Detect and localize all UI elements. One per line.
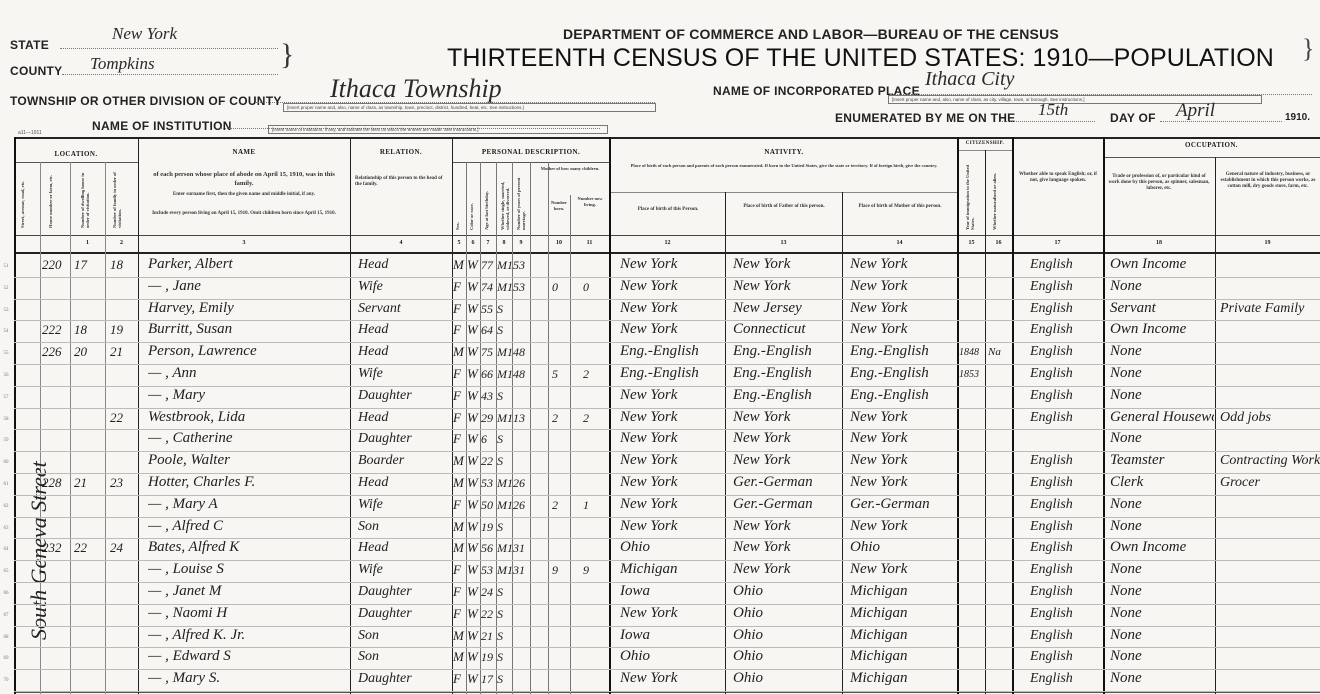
relation: Wife (358, 562, 450, 578)
institution-note: [Insert name of institution, if any, and… (268, 125, 608, 134)
naturalization: Na (988, 346, 1010, 358)
line-number: 58 (0, 417, 12, 422)
birthplace-father: Connecticut (733, 321, 841, 338)
birthplace-mother: New York (850, 256, 956, 273)
table-row[interactable]: 66 — , Janet M Daughter F W 24 S Iowa Oh… (0, 583, 1320, 605)
birthplace-mother: New York (850, 561, 956, 578)
birthplace-person: New York (620, 409, 724, 426)
marital-status: S (497, 302, 512, 317)
color-race: W (467, 540, 480, 556)
age: 22 (481, 454, 496, 469)
col-num-19: 19 (1215, 240, 1320, 246)
birthplace-mother: Michigan (850, 605, 956, 622)
age: 75 (481, 345, 496, 360)
enumerated-label: ENUMERATED BY ME ON THE (835, 111, 1015, 125)
relation-desc: Relationship of this person to the head … (355, 176, 447, 188)
enumerated-day-line (1000, 121, 1095, 122)
col-num-1: 1 (70, 240, 105, 246)
citizenship-header: CITIZENSHIP. (958, 141, 1012, 146)
color-race: W (467, 584, 480, 600)
person-name: Bates, Alfred K (148, 539, 348, 556)
birthplace-person: New York (620, 496, 724, 513)
language: English (1030, 562, 1102, 578)
person-name: — , Mary S. (148, 670, 348, 687)
col-num-12: 12 (610, 240, 725, 246)
trade: Teamster (1110, 452, 1214, 469)
language: English (1030, 628, 1102, 644)
sex: M (453, 519, 466, 535)
table-row[interactable]: 55 226 20 21 Person, Lawrence Head M W 7… (0, 343, 1320, 365)
age: 66 (481, 367, 496, 382)
table-row[interactable]: 65 — , Louise S Wife F W 53 M1 31 9 9 Mi… (0, 561, 1320, 583)
line-number: 53 (0, 308, 12, 313)
language-header: Whether able to speak English; or, if no… (1016, 172, 1100, 184)
birthplace-father: Ohio (733, 627, 841, 644)
line-number: 66 (0, 591, 12, 596)
person-name: — , Naomi H (148, 605, 348, 622)
trade: None (1110, 278, 1214, 295)
table-row[interactable]: 63 — , Alfred C Son M W 19 S New York Ne… (0, 518, 1320, 540)
birthplace-person: New York (620, 321, 724, 338)
children-born: 2 (552, 411, 568, 426)
color-race: W (467, 497, 480, 513)
person-name: — , Catherine (148, 430, 348, 447)
birthplace-mother: New York (850, 452, 956, 469)
relation: Head (358, 410, 450, 426)
children-living: 0 (583, 280, 603, 295)
department-heading: DEPARTMENT OF COMMERCE AND LABOR—BUREAU … (563, 26, 1059, 42)
trade: None (1110, 496, 1214, 513)
relation: Son (358, 649, 450, 665)
birthplace-person: New York (620, 430, 724, 447)
language: English (1030, 279, 1102, 295)
birthplace-person: New York (620, 670, 724, 687)
relation: Wife (358, 366, 450, 382)
sex: M (453, 453, 466, 469)
trade: None (1110, 518, 1214, 535)
trade: None (1110, 430, 1214, 447)
col-num-13: 13 (725, 240, 842, 246)
birthplace-person: Eng.-English (620, 365, 724, 382)
name-desc-3: Include every person living on April 15,… (145, 211, 343, 217)
person-name: Person, Lawrence (148, 343, 348, 360)
relation: Wife (358, 279, 450, 295)
trade: Clerk (1110, 474, 1214, 491)
table-row[interactable]: 62 — , Mary A Wife F W 50 M1 26 2 1 New … (0, 496, 1320, 518)
color-race: W (467, 344, 480, 360)
immigration-year-header: Year of immigration to the United States… (965, 160, 975, 230)
sex-header: Sex. (455, 200, 460, 230)
age: 19 (481, 650, 496, 665)
color-race: W (467, 671, 480, 687)
age: 17 (481, 672, 496, 687)
location-family-header: Number of family in order of visitation. (112, 168, 122, 228)
table-row[interactable]: 67 — , Naomi H Daughter F W 22 S New Yor… (0, 605, 1320, 627)
color-race: W (467, 322, 480, 338)
house-number: 226 (42, 344, 72, 360)
marital-status: S (497, 520, 512, 535)
house-number: 220 (42, 257, 72, 273)
relation: Head (358, 475, 450, 491)
trade: None (1110, 627, 1214, 644)
mother-children-header: Mother of how many children. (531, 166, 609, 172)
children-born: 2 (552, 498, 568, 513)
table-row[interactable]: 51 220 17 18 Parker, Albert Head M W 77 … (0, 256, 1320, 278)
birthplace-father: Eng.-English (733, 387, 841, 404)
trade: Own Income (1110, 256, 1214, 273)
industry-header: General nature of industry, business, or… (1218, 172, 1318, 190)
marital-status: M1 (497, 476, 512, 491)
color-race: W (467, 606, 480, 622)
language: English (1030, 388, 1102, 404)
birthplace-father: New York (733, 539, 841, 556)
birthplace-father: Ohio (733, 583, 841, 600)
birthplace-father: Ohio (733, 605, 841, 622)
table-row[interactable]: 70 — , Mary S. Daughter F W 17 S New Yor… (0, 670, 1320, 692)
trade: General Housework (1110, 409, 1214, 426)
sex: M (453, 257, 466, 273)
house-number: 222 (42, 322, 72, 338)
years-married: 26 (513, 476, 530, 491)
table-row[interactable]: 52 — , Jane Wife F W 74 M1 53 0 0 New Yo… (0, 278, 1320, 300)
age: 29 (481, 411, 496, 426)
relation: Head (358, 344, 450, 360)
table-row[interactable]: 69 — , Edward S Son M W 19 S Ohio Ohio M… (0, 648, 1320, 670)
person-name: Poole, Walter (148, 452, 348, 469)
table-row[interactable]: 57 — , Mary Daughter F W 43 S New York E… (0, 387, 1320, 409)
person-name: — , Alfred C (148, 518, 348, 535)
birthplace-mother: New York (850, 278, 956, 295)
marital-status: M1 (497, 280, 512, 295)
table-row[interactable]: 60 Poole, Walter Boarder M W 22 S New Yo… (0, 452, 1320, 474)
sex: F (453, 584, 466, 600)
birthplace-father: New York (733, 561, 841, 578)
color-race: W (467, 366, 480, 382)
color-race: W (467, 562, 480, 578)
birthplace-father: Eng.-English (733, 343, 841, 360)
line-number: 62 (0, 504, 12, 509)
location-header: LOCATION. (14, 150, 138, 158)
years-married: 48 (513, 367, 530, 382)
birthplace-person: New York (620, 474, 724, 491)
line-number: 51 (0, 264, 12, 269)
relation: Head (358, 540, 450, 556)
birthplace-father: Ohio (733, 648, 841, 665)
age: 74 (481, 280, 496, 295)
marital-status: S (497, 629, 512, 644)
line-number: 65 (0, 569, 12, 574)
trade: None (1110, 387, 1214, 404)
language: English (1030, 540, 1102, 556)
age: 24 (481, 585, 496, 600)
day-of-label: DAY OF (1110, 111, 1156, 125)
birthplace-mother: Michigan (850, 583, 956, 600)
dwelling-number: 21 (74, 475, 104, 491)
line-number: 61 (0, 482, 12, 487)
line-number: 60 (0, 460, 12, 465)
language: English (1030, 410, 1102, 426)
birthplace-mother: New York (850, 518, 956, 535)
relation: Head (358, 322, 450, 338)
birthplace-person: New York (620, 452, 724, 469)
language: English (1030, 475, 1102, 491)
table-row[interactable]: 53 Harvey, Emily Servant F W 55 S New Yo… (0, 300, 1320, 322)
language: English (1030, 453, 1102, 469)
trade: None (1110, 365, 1214, 382)
pob-person-header: Place of birth of this Person. (612, 207, 724, 213)
birthplace-father: Eng.-English (733, 365, 841, 382)
birthplace-father: New York (733, 256, 841, 273)
language: English (1030, 649, 1102, 665)
col-num-6: 6 (466, 240, 480, 246)
years-married: 53 (513, 258, 530, 273)
trade: Servant (1110, 300, 1214, 317)
birthplace-mother: New York (850, 474, 956, 491)
language: English (1030, 519, 1102, 535)
age: 19 (481, 520, 496, 535)
sex: F (453, 497, 466, 513)
person-name: Hotter, Charles F. (148, 474, 348, 491)
birthplace-father: New York (733, 430, 841, 447)
birthplace-person: New York (620, 387, 724, 404)
birthplace-mother: Michigan (850, 627, 956, 644)
sex: F (453, 388, 466, 404)
sex: F (453, 366, 466, 382)
line-number: 54 (0, 329, 12, 334)
location-dwelling-header: Number of dwelling house in order of vis… (80, 168, 90, 228)
years-married: 26 (513, 498, 530, 513)
language: English (1030, 584, 1102, 600)
family-number: 21 (110, 344, 138, 360)
industry: Grocer (1220, 475, 1320, 491)
language: English (1030, 344, 1102, 360)
relation: Daughter (358, 584, 450, 600)
township-note: [Insert proper name and, also, name of c… (283, 103, 656, 112)
years-married-header: Number of years of present marriage. (516, 170, 526, 230)
marital-header: Whether single, married, widowed, or div… (500, 170, 510, 230)
table-row[interactable]: 54 222 18 19 Burritt, Susan Head F W 64 … (0, 321, 1320, 343)
birthplace-father: New Jersey (733, 300, 841, 317)
age: 53 (481, 563, 496, 578)
marital-status: S (497, 607, 512, 622)
col-num-7: 7 (480, 240, 496, 246)
immigration-year: 1853 (959, 369, 985, 380)
col-num-14: 14 (842, 240, 957, 246)
institution-label: NAME OF INSTITUTION (92, 119, 232, 133)
birthplace-mother: New York (850, 321, 956, 338)
line-number: 70 (0, 678, 12, 683)
children-born: 5 (552, 367, 568, 382)
birthplace-person: Ohio (620, 648, 724, 665)
industry: Odd jobs (1220, 410, 1320, 426)
enumerated-month: April (1176, 100, 1215, 122)
township-label: TOWNSHIP OR OTHER DIVISION OF COUNTY (10, 94, 282, 108)
children-living: 2 (583, 367, 603, 382)
language: English (1030, 301, 1102, 317)
col-num-4: 4 (350, 240, 452, 246)
birthplace-person: Iowa (620, 627, 724, 644)
color-race: W (467, 519, 480, 535)
col-num-3: 3 (138, 240, 350, 246)
language: English (1030, 366, 1102, 382)
state-line (60, 48, 278, 49)
person-name: — , Ann (148, 365, 348, 382)
relation-header: RELATION. (350, 148, 452, 156)
age: 6 (481, 432, 496, 447)
year-label: 1910. (1285, 112, 1310, 123)
relation: Daughter (358, 431, 450, 447)
table-row[interactable]: 59 — , Catherine Daughter F W 6 S New Yo… (0, 430, 1320, 452)
birthplace-father: New York (733, 409, 841, 426)
col-num-17: 17 (1012, 240, 1103, 246)
person-name: — , Alfred K. Jr. (148, 627, 348, 644)
color-race: W (467, 475, 480, 491)
birthplace-father: New York (733, 518, 841, 535)
birthplace-father: Ohio (733, 670, 841, 687)
relation: Wife (358, 497, 450, 513)
relation: Servant (358, 301, 450, 317)
trade: Own Income (1110, 539, 1214, 556)
industry: Private Family (1220, 301, 1320, 317)
sex: F (453, 301, 466, 317)
industry: Contracting Work (1220, 453, 1320, 469)
children-born-header: Number born. (549, 200, 569, 212)
person-name: — , Jane (148, 278, 348, 295)
marital-status: S (497, 672, 512, 687)
line-number: 64 (0, 547, 12, 552)
relation: Son (358, 519, 450, 535)
family-number: 22 (110, 410, 138, 426)
family-number: 24 (110, 540, 138, 556)
birthplace-father: Ger.-German (733, 496, 841, 513)
children-living: 1 (583, 498, 603, 513)
age: 56 (481, 541, 496, 556)
language: English (1030, 322, 1102, 338)
trade: Own Income (1110, 321, 1214, 338)
relation: Daughter (358, 671, 450, 687)
state-county-brace: } (280, 38, 294, 72)
table-row[interactable]: 68 — , Alfred K. Jr. Son M W 21 S Iowa O… (0, 627, 1320, 649)
birthplace-person: New York (620, 256, 724, 273)
trade: None (1110, 605, 1214, 622)
person-name: — , Louise S (148, 561, 348, 578)
color-header: Color or race. (469, 190, 474, 230)
relation: Head (358, 257, 450, 273)
sex: F (453, 322, 466, 338)
house-number: 228 (42, 475, 72, 491)
relation: Son (358, 628, 450, 644)
color-race: W (467, 410, 480, 426)
birthplace-person: Ohio (620, 539, 724, 556)
location-street-header: Street, avenue, road, etc. (20, 168, 25, 228)
age: 64 (481, 323, 496, 338)
name-desc-1: of each person whose place of abode on A… (145, 170, 343, 188)
relation: Daughter (358, 388, 450, 404)
dwelling-number: 18 (74, 322, 104, 338)
color-race: W (467, 431, 480, 447)
col-num-10: 10 (548, 240, 570, 246)
family-number: 23 (110, 475, 138, 491)
person-name: Harvey, Emily (148, 300, 348, 317)
color-race: W (467, 628, 480, 644)
county-label: COUNTY (10, 64, 62, 78)
birthplace-mother: Eng.-English (850, 365, 956, 382)
birthplace-father: New York (733, 278, 841, 295)
col-num-16: 16 (985, 240, 1012, 246)
line-number: 69 (0, 656, 12, 661)
form-code: a11—1911 (18, 130, 42, 136)
line-number: 57 (0, 395, 12, 400)
sex: F (453, 562, 466, 578)
line-number: 68 (0, 635, 12, 640)
birthplace-father: Ger.-German (733, 474, 841, 491)
sex: F (453, 279, 466, 295)
age: 22 (481, 607, 496, 622)
name-desc-2: Enter surname first, then the given name… (145, 192, 343, 198)
age-header: Age at last birthday. (484, 170, 489, 230)
marital-status: S (497, 585, 512, 600)
years-married: 31 (513, 563, 530, 578)
nativity-desc: Place of birth of each person and parent… (615, 163, 953, 169)
marital-status: M1 (497, 498, 512, 513)
age: 43 (481, 389, 496, 404)
nativity-header: NATIVITY. (610, 148, 958, 156)
children-living: 2 (583, 411, 603, 426)
age: 50 (481, 498, 496, 513)
table-row[interactable]: 58 22 Westbrook, Lida Head F W 29 M1 13 … (0, 409, 1320, 431)
family-number: 18 (110, 257, 138, 273)
marital-status: M1 (497, 563, 512, 578)
col-num-18: 18 (1103, 240, 1215, 246)
color-race: W (467, 257, 480, 273)
children-living: 9 (583, 563, 603, 578)
marital-status: M1 (497, 258, 512, 273)
sex: M (453, 344, 466, 360)
marital-status: M1 (497, 345, 512, 360)
immigration-year: 1848 (959, 347, 985, 358)
table-row[interactable]: 61 228 21 23 Hotter, Charles F. Head M W… (0, 474, 1320, 496)
trade-header: Trade or profession of, or particular ki… (1107, 174, 1211, 192)
marital-status: S (497, 650, 512, 665)
years-married: 53 (513, 280, 530, 295)
birthplace-mother: Ger.-German (850, 496, 956, 513)
color-race: W (467, 453, 480, 469)
birthplace-person: Michigan (620, 561, 724, 578)
trade: None (1110, 670, 1214, 687)
pob-mother-header: Place of birth of Mother of this person. (845, 204, 955, 210)
col-num-5: 5 (452, 240, 466, 246)
marital-status: S (497, 323, 512, 338)
dwelling-number: 22 (74, 540, 104, 556)
years-married: 31 (513, 541, 530, 556)
color-race: W (467, 388, 480, 404)
years-married: 13 (513, 411, 530, 426)
incorporated-value: Ithaca City (925, 68, 1014, 91)
table-row[interactable]: 64 232 22 24 Bates, Alfred K Head M W 56… (0, 539, 1320, 561)
birthplace-person: Iowa (620, 583, 724, 600)
family-number: 19 (110, 322, 138, 338)
pob-father-header: Place of birth of Father of this person. (728, 204, 840, 210)
line-number: 52 (0, 286, 12, 291)
birthplace-mother: Eng.-English (850, 343, 956, 360)
sex: M (453, 628, 466, 644)
birthplace-person: New York (620, 518, 724, 535)
table-row[interactable]: 56 — , Ann Wife F W 66 M1 48 5 2 Eng.-En… (0, 365, 1320, 387)
person-name: Westbrook, Lida (148, 409, 348, 426)
sex: M (453, 649, 466, 665)
county-value: Tompkins (90, 54, 155, 74)
line-number: 67 (0, 613, 12, 618)
